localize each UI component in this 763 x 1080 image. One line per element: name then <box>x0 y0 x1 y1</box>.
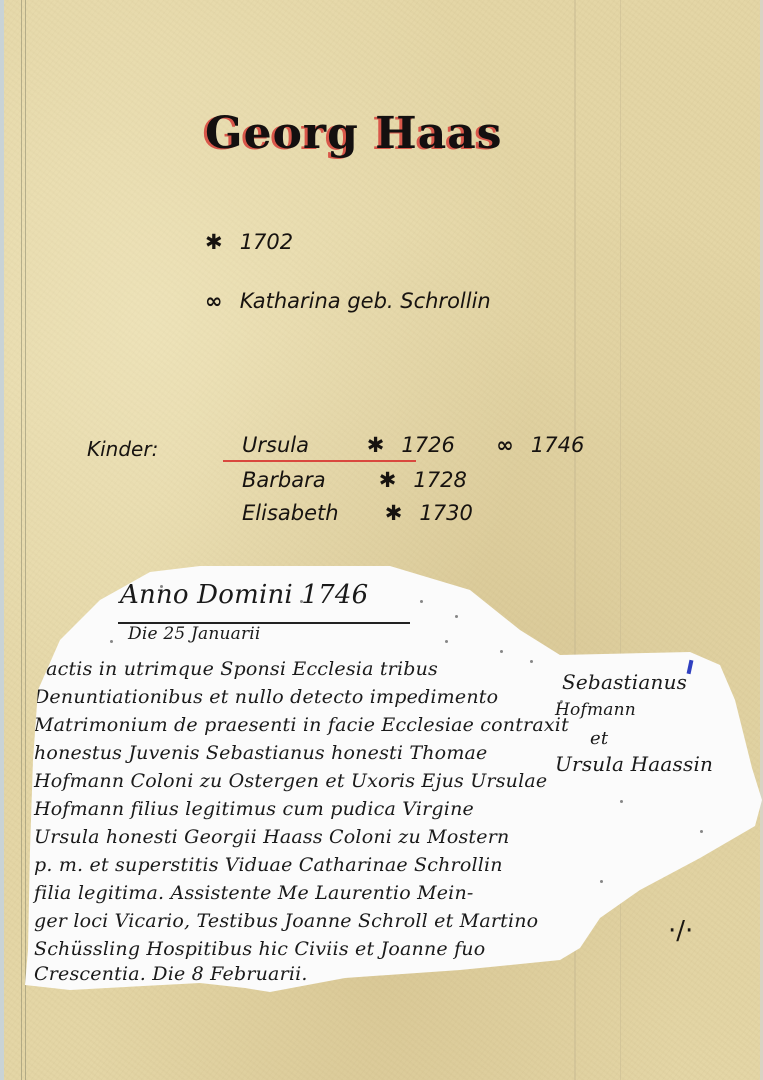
record-line: Hofmann Coloni zu Ostergen et Uxoris Eju… <box>34 770 547 792</box>
scan-edge-left <box>0 0 4 1080</box>
record-date: Die 25 Januarii <box>128 624 261 644</box>
page-continuation-mark: ·/· <box>668 916 693 946</box>
record-line: honestus Juvenis Sebastianus honesti Tho… <box>34 742 488 764</box>
record-line: ger loci Vicario, Testibus Joanne Schrol… <box>34 910 538 932</box>
margin-line <box>25 0 26 1080</box>
person-name-heading: Georg Haas <box>205 108 503 159</box>
birth-star-icon: ✱ <box>379 468 407 492</box>
child-birth-year: 1726 <box>401 433 454 457</box>
margin-line <box>21 0 22 1080</box>
record-line: Schüssling Hospitibus hic Civiis et Joan… <box>34 938 485 960</box>
marriage-rings-icon: ∞ <box>496 433 524 457</box>
margin-note: et <box>590 728 608 749</box>
birth-star-icon: ✱ <box>385 501 413 525</box>
record-line: p. m. et superstitis Viduae Catharinae S… <box>34 854 503 876</box>
child-birth-year: 1730 <box>419 501 472 525</box>
fold-line <box>620 0 621 1080</box>
margin-note: Sebastianus <box>562 670 687 694</box>
spouse-line: ∞ Katharina geb. Schrollin <box>205 289 491 313</box>
record-line: Crescentia. Die 8 Februarii. <box>34 963 308 985</box>
margin-note: Hofmann <box>555 700 636 720</box>
record-line: filia legitima. Assistente Me Laurentio … <box>34 882 474 904</box>
record-line: Denuntiationibus et nullo detecto impedi… <box>34 686 498 708</box>
child-name: Elisabeth <box>242 501 378 525</box>
record-line: Hofmann filius legitimus cum pudica Virg… <box>34 798 474 820</box>
marriage-rings-icon: ∞ <box>205 289 233 313</box>
child-name: Barbara <box>242 468 372 492</box>
child-row: Ursula ✱ 1726 ∞ 1746 <box>242 433 584 457</box>
child-name: Ursula <box>242 433 360 457</box>
birth-line: ✱ 1702 <box>205 230 293 254</box>
highlight-underline <box>223 460 416 462</box>
record-line: Factis in utrimque Sponsi Ecclesia tribu… <box>34 658 438 680</box>
birth-year: 1702 <box>240 230 293 254</box>
birth-star-icon: ✱ <box>205 230 233 254</box>
child-birth-year: 1728 <box>413 468 466 492</box>
child-row: Elisabeth ✱ 1730 <box>242 501 473 525</box>
child-marriage-year: 1746 <box>531 433 584 457</box>
record-year-heading: Anno Domini 1746 <box>120 580 368 610</box>
margin-note: Ursula Haassin <box>555 752 713 776</box>
birth-star-icon: ✱ <box>367 433 395 457</box>
record-line: Ursula honesti Georgii Haass Coloni zu M… <box>34 826 509 848</box>
spouse-name: Katharina geb. Schrollin <box>240 289 491 313</box>
children-label: Kinder: <box>87 437 158 461</box>
record-line: Matrimonium de praesenti in facie Eccles… <box>34 714 569 736</box>
child-row: Barbara ✱ 1728 <box>242 468 467 492</box>
